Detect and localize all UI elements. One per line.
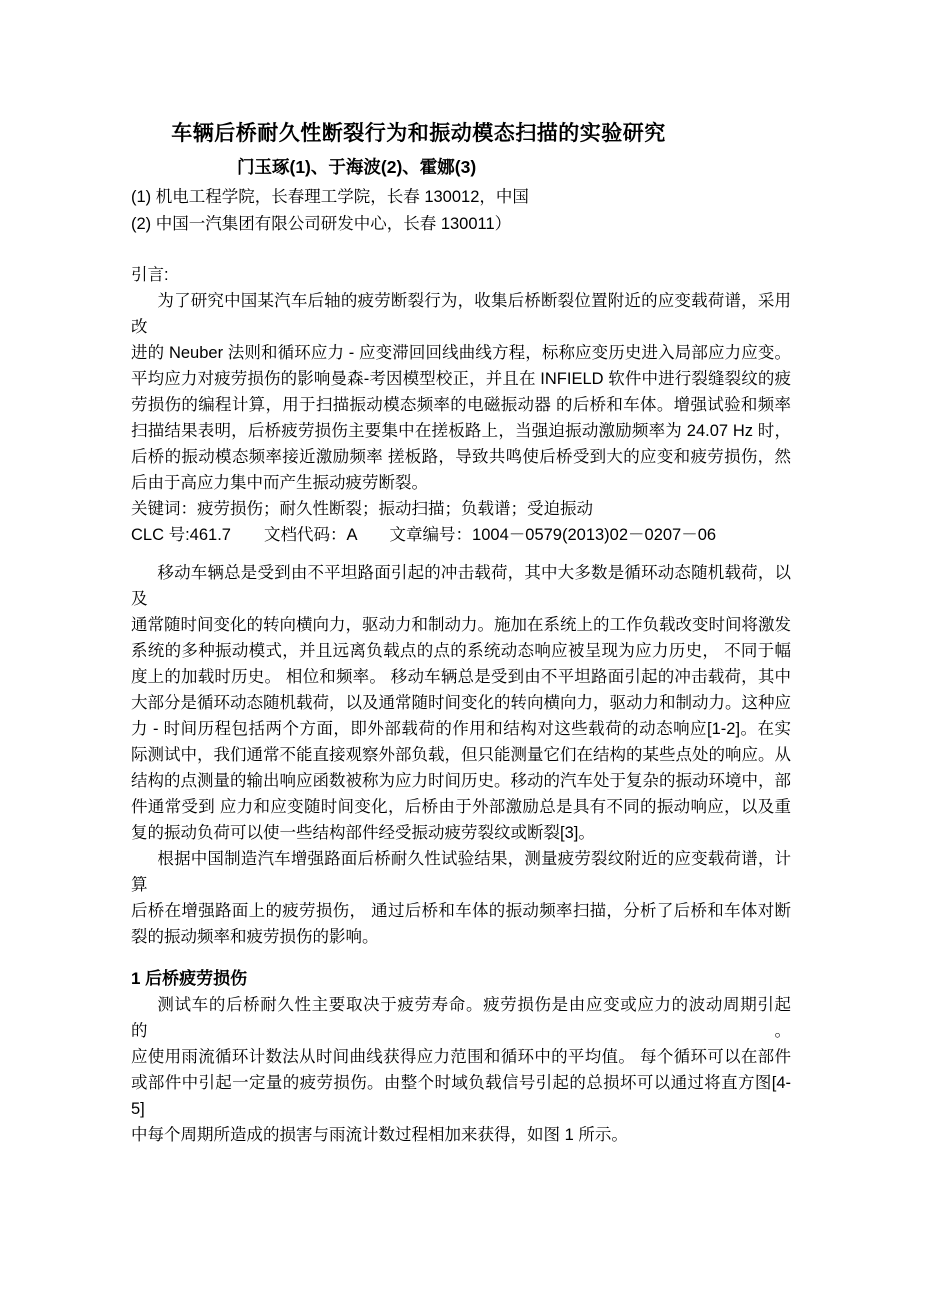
authors-line: 门玉琢(1)、于海波(2)、霍娜(3): [131, 154, 791, 181]
clc-line: CLC 号:461.7 文档代码：A 文章编号：1004－0579(2013)0…: [131, 522, 791, 548]
document-content: 车辆后桥耐久性断裂行为和振动模态扫描的实验研究 门玉琢(1)、于海波(2)、霍娜…: [131, 119, 791, 1148]
text-line: 后由于高应力集中而产生振动疲劳断裂。: [131, 470, 791, 496]
text-line: 为了研究中国某汽车后轴的疲劳断裂行为，收集后桥断裂位置附近的应变载荷谱，采用改: [131, 288, 791, 340]
page-title: 车辆后桥耐久性断裂行为和振动模态扫描的实验研究: [131, 119, 791, 149]
section-1-heading: 1 后桥疲劳损伤: [131, 966, 791, 992]
affiliation-line-1: (1) 机电工程学院，长春理工学院，长春 130012，中国: [131, 184, 791, 211]
text-line: 结构的点测量的输出响应函数被称为应力时间历史。移动的汽车处于复杂的振动环境中，部: [131, 768, 791, 794]
affiliation-line-2: (2) 中国一汽集团有限公司研发中心，长春 130011）: [131, 211, 791, 238]
text-line: 平均应力对疲劳损伤的影响曼森-考因模型校正，并且在 INFIELD 软件中进行裂…: [131, 366, 791, 392]
text-line: 或部件中引起一定量的疲劳损伤。由整个时域负载信号引起的总损坏可以通过将直方图[4…: [131, 1070, 791, 1122]
abstract-paragraph: 为了研究中国某汽车后轴的疲劳断裂行为，收集后桥断裂位置附近的应变载荷谱，采用改进…: [131, 288, 791, 496]
document-page: 车辆后桥耐久性断裂行为和振动模态扫描的实验研究 门玉琢(1)、于海波(2)、霍娜…: [0, 0, 925, 1308]
text-line: 大部分是循环动态随机载荷，以及通常随时间变化的转向横向力，驱动力和制动力。这种应: [131, 690, 791, 716]
body-paragraph-1: 移动车辆总是受到由不平坦路面引起的冲击载荷，其中大多数是循环动态随机载荷，以及通…: [131, 560, 791, 846]
abstract-label: 引言:: [131, 262, 791, 288]
text-line: 件通常受到 应力和应变随时间变化，后桥由于外部激励总是具有不同的振动响应，以及重: [131, 794, 791, 820]
text-line: 度上的加载时历史。 相位和频率。 移动车辆总是受到由不平坦路面引起的冲击载荷，其…: [131, 664, 791, 690]
text-line: 后桥的振动模态频率接近激励频率 搓板路，导致共鸣使后桥受到大的应变和疲劳损伤，然: [131, 444, 791, 470]
text-line: 根据中国制造汽车增强路面后桥耐久性试验结果，测量疲劳裂纹附近的应变载荷谱，计算: [131, 846, 791, 898]
text-line: 通常随时间变化的转向横向力，驱动力和制动力。施加在系统上的工作负载改变时间将激发: [131, 612, 791, 638]
text-line: 应使用雨流循环计数法从时间曲线获得应力范围和循环中的平均值。 每个循环可以在部件: [131, 1044, 791, 1070]
abstract-block: 引言: 为了研究中国某汽车后轴的疲劳断裂行为，收集后桥断裂位置附近的应变载荷谱，…: [131, 262, 791, 548]
text-line: 复的振动负荷可以使一些结构部件经受振动疲劳裂纹或断裂[3]。: [131, 820, 791, 846]
keywords-line: 关键词：疲劳损伤；耐久性断裂；振动扫描；负载谱；受迫振动: [131, 496, 791, 522]
text-line: 系统的多种振动模式，并且远离负载点的点的系统动态响应被呈现为应力历史， 不同于幅: [131, 638, 791, 664]
text-line: 进的 Neuber 法则和循环应力 - 应变滞回回线曲线方程，标称应变历史进入局…: [131, 340, 791, 366]
text-line: 裂的振动频率和疲劳损伤的影响。: [131, 924, 791, 950]
affiliations-block: (1) 机电工程学院，长春理工学院，长春 130012，中国 (2) 中国一汽集…: [131, 184, 791, 238]
text-line: 扫描结果表明，后桥疲劳损伤主要集中在搓板路上，当强迫振动激励频率为 24.07 …: [131, 418, 791, 444]
text-line: 移动车辆总是受到由不平坦路面引起的冲击载荷，其中大多数是循环动态随机载荷，以及: [131, 560, 791, 612]
text-line: 后桥在增强路面上的疲劳损伤， 通过后桥和车体的振动频率扫描，分析了后桥和车体对断: [131, 898, 791, 924]
section-1-paragraph: 测试车的后桥耐久性主要取决于疲劳寿命。疲劳损伤是由应变或应力的波动周期引起的。应…: [131, 992, 791, 1148]
text-line: 中每个周期所造成的损害与雨流计数过程相加来获得，如图 1 所示。: [131, 1122, 791, 1148]
text-line: 劳损伤的编程计算，用于扫描振动模态频率的电磁振动器 的后桥和车体。增强试验和频率: [131, 392, 791, 418]
text-line: 际测试中，我们通常不能直接观察外部负载，但只能测量它们在结构的某些点处的响应。从: [131, 742, 791, 768]
body-paragraph-2: 根据中国制造汽车增强路面后桥耐久性试验结果，测量疲劳裂纹附近的应变载荷谱，计算后…: [131, 846, 791, 950]
text-line: 力 - 时间历程包括两个方面，即外部载荷的作用和结构对这些载荷的动态响应[1-2…: [131, 716, 791, 742]
text-line: 测试车的后桥耐久性主要取决于疲劳寿命。疲劳损伤是由应变或应力的波动周期引起的。: [131, 992, 791, 1044]
